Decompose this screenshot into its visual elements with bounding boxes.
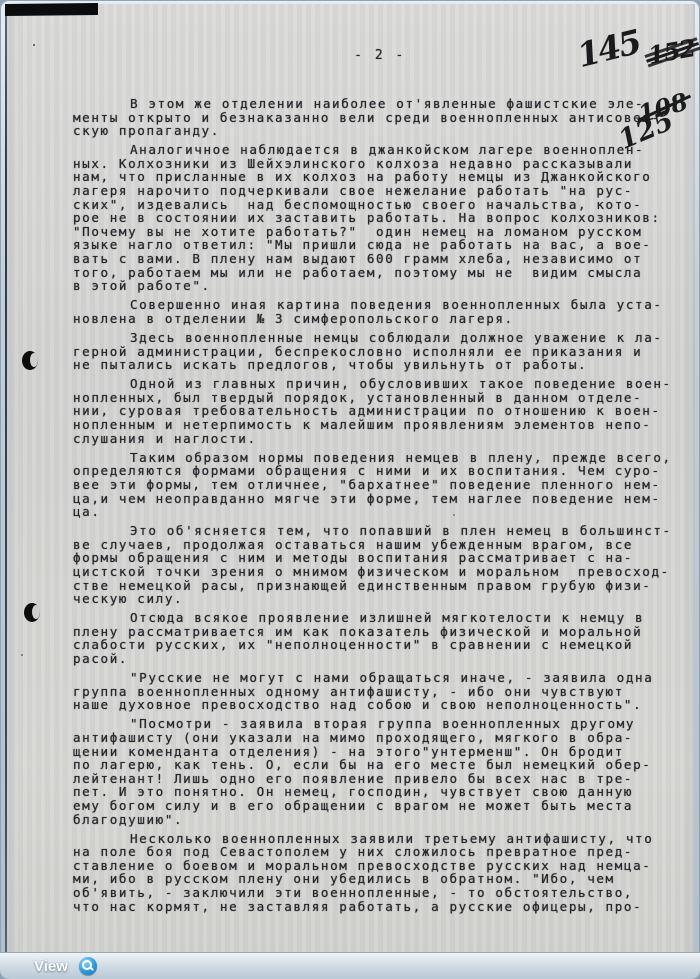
scanned-page: - 2 - В этом же отделении наиболее от'яв… — [5, 4, 695, 952]
paragraph: "Русские не могут с нами обращаться инач… — [73, 671, 687, 712]
text-line: определяются формами обращения с ними и … — [73, 464, 687, 478]
text-line: скую пропаганду. — [73, 124, 687, 138]
magnifier-icon[interactable] — [79, 957, 97, 975]
text-line: "Почему вы не хотите работать?" один нем… — [73, 225, 687, 239]
text-line: цистской точки зрения о мнимом физическо… — [73, 565, 687, 579]
text-line: благодушию". — [73, 813, 687, 827]
paragraph: Это об'ясняется тем, что попавший в плен… — [73, 524, 687, 606]
text-line: того, работаем мы или не работаем, поэто… — [73, 266, 687, 280]
text-line: ца. — [73, 505, 687, 519]
text-line: "Посмотри - заявила вторая группа военно… — [73, 717, 687, 731]
text-line: щении коменданта отделения) - на этого"у… — [73, 745, 687, 759]
text-line: об'явить, - заключили эти военнопленные,… — [73, 886, 687, 900]
text-line: что нас кормят, не заставляя работать, а… — [73, 900, 687, 914]
text-line: лагеря нарочито подчеркивали свое нежела… — [73, 184, 687, 198]
text-line: на поле боя под Севастополем у них сложи… — [73, 845, 687, 859]
text-line: ему богом силу и в его обращении с враго… — [73, 799, 687, 813]
text-line: новлена в отделении № 3 симферопольского… — [73, 312, 687, 326]
paragraph: Таким образом нормы поведения немцев в п… — [73, 451, 687, 519]
text-line: Одной из главных причин, обусловивших та… — [73, 377, 687, 391]
text-line: В этом же отделении наиболее от'явленные… — [73, 97, 687, 111]
hole-punch — [24, 603, 40, 622]
text-line: ставление о боевом и моральном превосход… — [73, 859, 687, 873]
paragraph: "Посмотри - заявила вторая группа военно… — [73, 717, 687, 826]
text-line: лейтенант! Лишь одно его появление приве… — [73, 772, 687, 786]
text-line: плену рассматривается им как показатель … — [73, 625, 687, 639]
text-line: Аналогичное наблюдается в джанкойском ла… — [73, 143, 687, 157]
hole-punch — [22, 351, 38, 370]
view-bar: View — [0, 952, 700, 979]
text-line: наше духовное превосходство над собою и … — [73, 698, 687, 712]
text-line: Таким образом нормы поведения немцев в п… — [73, 451, 687, 465]
text-line: антифашисту (они указали на мимо проходя… — [73, 731, 687, 745]
paper-speck — [33, 44, 35, 46]
paragraph: Несколько военнопленных заявили третьему… — [73, 832, 687, 914]
text-line: Несколько военнопленных заявили третьему… — [73, 832, 687, 846]
text-line: ских", издевались над беспомощностью сво… — [73, 198, 687, 212]
text-line: Отсюда всякое проявление излишней мягкот… — [73, 611, 687, 625]
paragraph: Здесь военнопленные немцы соблюдали долж… — [73, 331, 687, 372]
text-line: нопленным и нетерпимость к малейшим проя… — [73, 418, 687, 432]
text-line: языке нагло ответил: "Мы пришли сюда не … — [73, 238, 687, 252]
text-line: нопленных, был твердый порядок, установл… — [73, 391, 687, 405]
handwritten-number: 152 — [646, 36, 697, 68]
text-line: стве немецкой расы, признающей единствен… — [73, 579, 687, 593]
document-body: В этом же отделении наиболее от'явленные… — [73, 97, 687, 913]
text-line: менты открыто и безнаказанно вели среди … — [73, 111, 687, 125]
text-line: не пытались искать предлогов, чтобы увил… — [73, 358, 687, 372]
document-text-column: - 2 - В этом же отделении наиболее от'яв… — [73, 4, 687, 919]
view-button[interactable]: View — [34, 958, 68, 975]
text-line: слабости русских, их "неполноценности" в… — [73, 638, 687, 652]
text-line: ве случаев, продолжая оставаться нашим у… — [73, 538, 687, 552]
text-line: Совершенно иная картина поведения военно… — [73, 298, 687, 312]
text-line: ца,и чем неоправданно мягче эти форме, т… — [73, 492, 687, 506]
text-line: в этой работе". — [73, 279, 687, 293]
text-line: нии, суровая требовательность администра… — [73, 404, 687, 418]
text-line: слушания и наглости. — [73, 432, 687, 446]
text-line: вее эти формы, тем отличнее, "бархатнее"… — [73, 478, 687, 492]
text-line: группа военнопленных одному антифашисту,… — [73, 685, 687, 699]
text-line: нам, что присланные в их колхоз на работ… — [73, 170, 687, 184]
paragraph: Отсюда всякое проявление излишней мягкот… — [73, 611, 687, 665]
text-line: расой. — [73, 652, 687, 666]
text-line: "Русские не могут с нами обращаться инач… — [73, 671, 687, 685]
text-line: пет. И это понятно. Он немец, господин, … — [73, 785, 687, 799]
text-line: ных. Колхозники из Шейхэлинского колхоза… — [73, 157, 687, 171]
image-viewer-frame: - 2 - В этом же отделении наиболее от'яв… — [0, 0, 700, 979]
text-line: формы обращения с ним и методы воспитани… — [73, 551, 687, 565]
paragraph: Аналогичное наблюдается в джанкойском ла… — [73, 143, 687, 293]
page-edge-shadow — [5, 4, 7, 952]
text-line: по лагерю, как тень. О, если бы на его м… — [73, 758, 687, 772]
paragraph: Одной из главных причин, обусловивших та… — [73, 377, 687, 445]
text-line: рое не в состоянии их заставить работать… — [73, 211, 687, 225]
text-line: вать с вами. В плену нам выдают 600 грам… — [73, 252, 687, 266]
paragraph: В этом же отделении наиболее от'явленные… — [73, 97, 687, 138]
paragraph: Совершенно иная картина поведения военно… — [73, 298, 687, 325]
text-line: ческую силу. — [73, 592, 687, 606]
text-line: Здесь военнопленные немцы соблюдали долж… — [73, 331, 687, 345]
text-line: герной администрации, беспрекословно исп… — [73, 345, 687, 359]
text-line: Это об'ясняется тем, что попавший в плен… — [73, 524, 687, 538]
text-line: ми, ибо в русском плену они убедились в … — [73, 872, 687, 886]
